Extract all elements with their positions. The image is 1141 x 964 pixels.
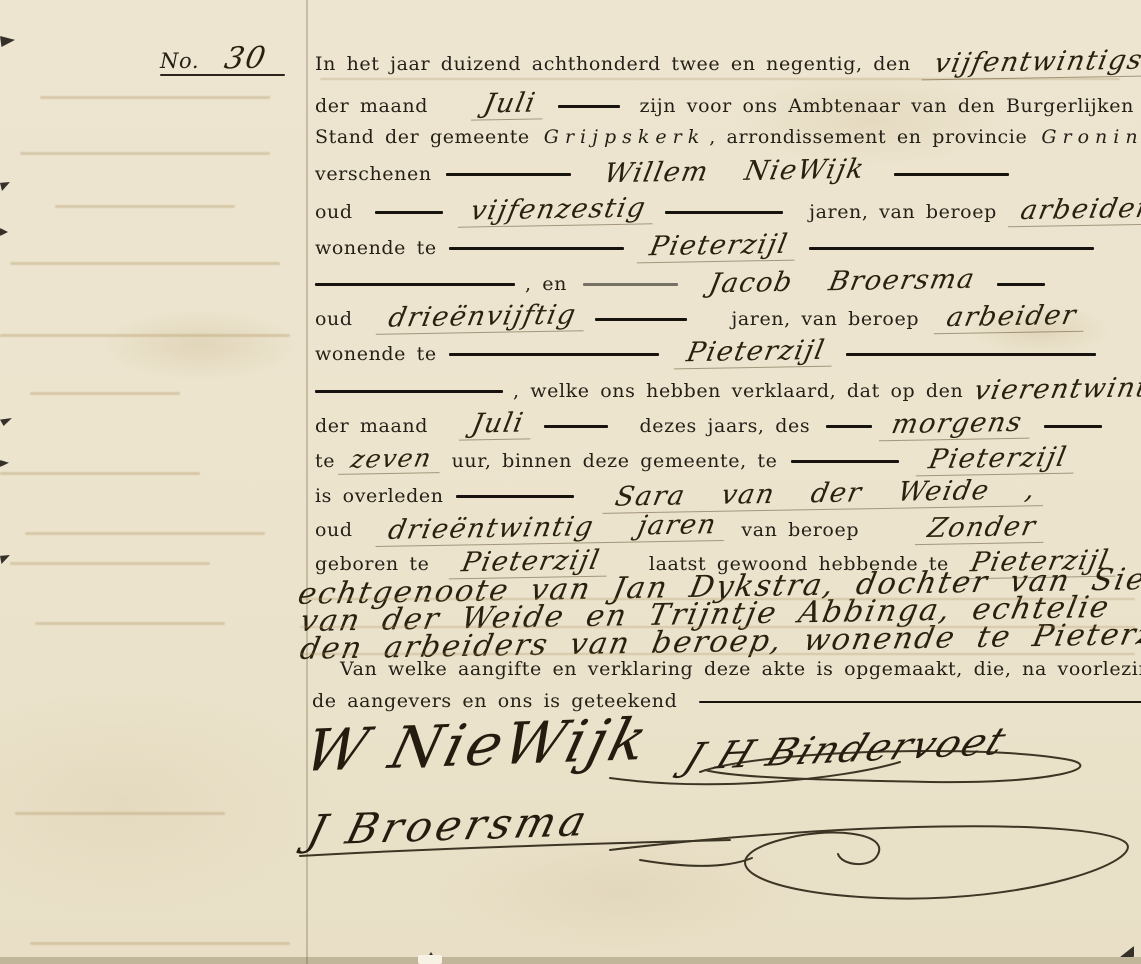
printed-month-label: der maand [315,95,428,117]
handwritten-deceased-occupation: Zonder [915,513,1049,545]
gemeente-name: Grijpskerk [544,126,706,148]
printed-wonende-label: wonende te [315,237,437,259]
printed-van-beroep: van beroep [741,519,859,541]
printed-closing-1: Van welke aangifte en verklaring deze ak… [340,658,1141,680]
paper-streak [30,392,180,395]
form-line-year: In het jaar duizend achthonderd twee en … [315,48,1141,79]
form-line-hour-place: te zeven uur, binnen deze gemeente, te P… [315,445,1077,476]
form-line-deceased-age: oud drieëntwintig jaren van beroep Zonde… [315,514,1046,545]
paper-streak [40,96,270,99]
form-line-closing-1: Van welke aangifte en verklaring deze ak… [340,656,1141,684]
paper-streak [25,532,265,535]
printed-verklaard-text: , welke ons hebben verklaard, dat op den [513,380,963,402]
provincie-name: Groningen [1041,126,1141,148]
record-number: No. 30 [160,44,266,77]
handwritten-deceased-age: drieëntwintig jaren [375,511,729,547]
signature-flourish [280,720,1141,930]
handwritten-day: vijfentwintigsten [921,46,1141,81]
handwritten-deceased-name: Sara van der Weide , [602,476,1048,514]
printed-stand-prefix: Stand der gemeente [315,126,530,148]
blank-rule [446,173,571,176]
baseline-rule [300,598,1135,600]
blank-rule [449,353,659,356]
form-line-declarant1-residence: wonende te Pieterzijl [315,232,1094,263]
flourish-oval [700,751,1080,782]
page-bottom-notch [418,955,442,964]
blank-rule [699,701,1141,703]
page-edge-mark [0,182,10,191]
handwritten-death-hour: zeven [338,445,444,475]
paper-streak [55,205,235,208]
document-page: No. 30 In het jaar duizend achthonderd t… [0,0,1141,964]
handwritten-declarant1-residence: Pieterzijl [637,231,801,264]
handwritten-death-day: vierentwintigsten [972,373,1141,405]
printed-oud-label: oud [315,308,353,330]
handwritten-death-month: Juli [459,409,537,440]
blank-rule [826,425,872,428]
printed-year-text: In het jaar duizend achthonderd twee en … [315,53,911,75]
page-edge-mark [0,460,9,467]
printed-oud-label: oud [315,201,353,223]
blank-rule [846,353,1096,356]
blank-rule [375,211,443,214]
blank-rule [456,495,574,498]
blank-rule [315,283,515,286]
blank-rule [791,460,899,463]
blank-rule [558,105,620,108]
printed-wonende-label: wonende te [315,343,437,365]
paper-streak [35,622,225,625]
form-line-verschenen: verschenen Willem NieWijk [315,158,1009,189]
handwritten-day-part: morgens [879,409,1035,442]
blank-rule [809,247,1094,250]
printed-month-label: der maand [315,415,428,437]
handwritten-declarant1-occupation: arbeider [1008,195,1141,228]
baseline-rule [300,653,1135,655]
flourish-loop [610,826,1128,898]
form-line-declarant1-age: oud vijfenzestig jaren, van beroep arbei… [315,196,1141,227]
handwritten-declarant2-age: drieënvijftig [375,301,588,335]
printed-uur-text: uur, binnen deze gemeente, te [452,450,778,472]
handwritten-declarant1-age: vijfenzestig [457,194,658,227]
blank-rule [1044,425,1102,428]
printed-jaren-beroep: jaren, van beroep [731,308,919,330]
page-edge-mark [0,555,10,564]
form-line-en: , en Jacob Broersma [315,268,1045,299]
blank-rule [315,390,503,393]
paper-streak [30,942,290,945]
printed-verschenen-label: verschenen [315,163,432,185]
printed-dezes-jaars: dezes jaars, des [640,415,811,437]
printed-jaren-beroep: jaren, van beroep [809,201,997,223]
blank-rule [449,247,624,250]
blank-rule [997,283,1045,286]
record-number-value: 30 [222,44,269,75]
page-edge-mark [1120,946,1134,957]
flourish-line [300,840,730,856]
form-line-death-month: der maand Juli dezes jaars, des morgens [315,410,1102,441]
handwritten-declarant1-name: Willem NieWijk [602,156,867,188]
printed-te-label: te [315,450,335,472]
handwritten-declarant2-residence: Pieterzijl [674,337,838,370]
page-bottom-edge [0,957,1141,964]
paper-streak [0,472,200,475]
blank-rule [595,318,687,321]
record-number-label: No. [160,49,199,73]
form-line-declarant2-age: oud drieënvijftig jaren, van beroep arbe… [315,303,1086,334]
printed-overleden-label: is overleden [315,485,444,507]
paper-streak [15,812,225,815]
form-line-deceased: is overleden Sara van der Weide , [315,480,1044,511]
printed-officials-text: zijn voor ons Ambtenaar van den Burgerli… [640,95,1134,117]
baseline-rule [300,626,1135,628]
handwritten-month: Juli [471,89,549,120]
page-edge-mark [0,418,12,426]
blank-rule [665,211,783,214]
page-edge-mark [0,228,8,236]
blank-rule [583,283,678,286]
printed-oud-label: oud [315,519,353,541]
paper-streak [10,262,280,265]
printed-en-label: , en [525,273,567,295]
page-edge-mark [0,36,15,47]
handwritten-declarant2-name: Jacob Broersma [707,266,978,298]
printed-arrondissement: , arrondissement en provincie [709,126,1027,148]
paper-streak [20,152,270,155]
form-line-month: der maand Juli zijn voor ons Ambtenaar v… [315,90,1134,121]
flourish-broersma [640,858,752,866]
handwritten-death-place: Pieterzijl [916,444,1080,477]
blank-rule [894,173,1009,176]
blank-rule [544,425,608,428]
handwritten-declarant2-occupation: arbeider [934,302,1089,335]
form-line-verklaard: , welke ons hebben verklaard, dat op den… [315,375,1141,406]
paper-streak [0,334,290,337]
record-number-underline [160,74,285,76]
form-line-declarant2-residence: wonende te Pieterzijl [315,338,1096,369]
paper-streak [10,562,210,565]
form-line-gemeente: Stand der gemeente Grijpskerk , arrondis… [315,124,1141,152]
